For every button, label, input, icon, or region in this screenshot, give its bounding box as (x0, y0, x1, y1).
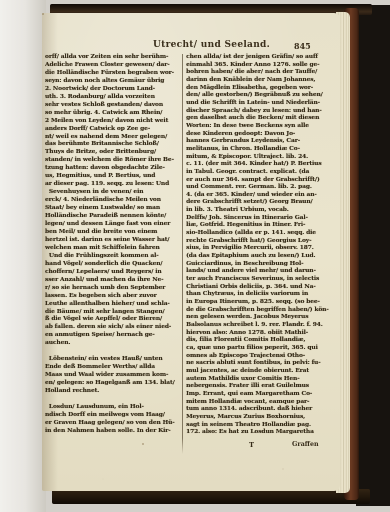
catchword: Graffen (292, 441, 319, 448)
book-bottom-edge-band (52, 489, 370, 504)
facing-page-edge (0, 0, 46, 512)
book-cover-dark-area (356, 5, 390, 506)
text-column-left: orff/ allda vor Zeiten ein sehr berühm- … (45, 53, 179, 457)
text-column-right: chen allda/ ist der jenigen Gräfin/ so a… (186, 53, 336, 457)
book-photo: Utrecht/ und Seeland. 845 orff/ allda vo… (0, 0, 390, 512)
text-columns: orff/ allda vor Zeiten ein sehr berühm- … (45, 53, 336, 457)
running-title: Utrecht/ und Seeland. (153, 40, 270, 50)
signature-mark: T (249, 441, 254, 449)
foxing-spots (42, 13, 44, 15)
page-number: 845 (294, 41, 311, 51)
book-page: Utrecht/ und Seeland. 845 orff/ allda vo… (42, 13, 340, 491)
column-divider-rule (182, 54, 183, 454)
